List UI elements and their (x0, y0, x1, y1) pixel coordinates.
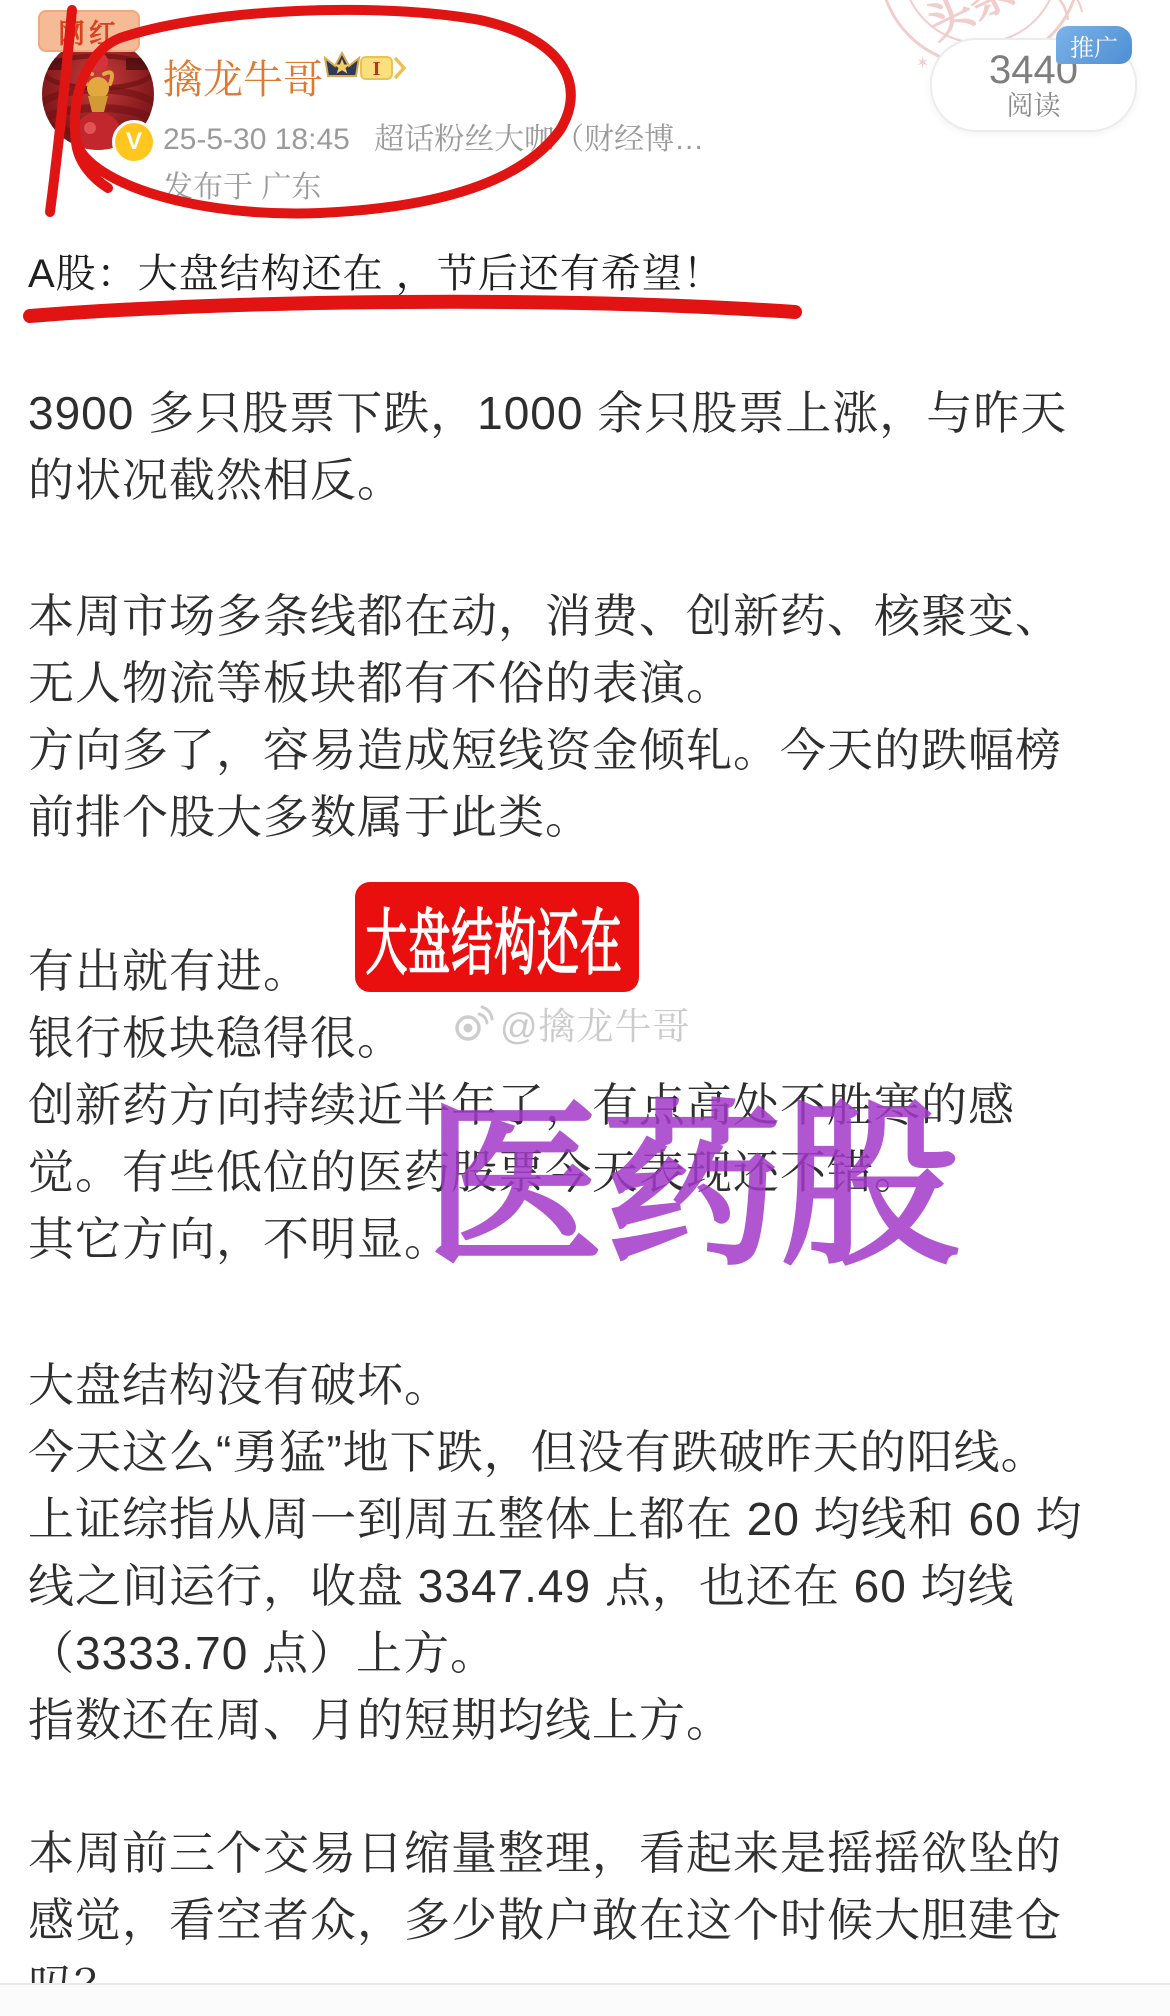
username[interactable]: 擒龙牛哥 (163, 48, 323, 105)
watermark-handle: @擒龙牛哥 (500, 996, 691, 1050)
influencer-badge-label: 网红 (58, 12, 120, 51)
post-meta: 25-5-30 18:45 超话粉丝大咖（财经博… (163, 114, 704, 158)
influencer-badge: 网红 (38, 10, 140, 52)
svg-text:✶: ✶ (916, 55, 929, 72)
location: 发布于 广东 (163, 162, 321, 206)
crown-level: I (373, 58, 381, 80)
verified-icon: V (112, 120, 156, 164)
author-watermark: @擒龙牛哥 (452, 996, 691, 1050)
paragraph-5: 本周前三个交易日缩量整理，看起来是摇摇欲坠的感觉，看空者众，多少散户敢在这个时候… (28, 1820, 1148, 1954)
paragraph-1: 3900 多只股票下跌，1000 余只股票上涨，与昨天的状况截然相反。 (28, 380, 1148, 514)
highlight-banner: 大盘结构还在 (355, 882, 639, 992)
weibo-icon (452, 1004, 494, 1042)
paragraph-4: 大盘结构没有破坏。今天这么“勇猛”地下跌，但没有跌破昨天的阳线。上证综指从周一到… (28, 1352, 1148, 1754)
timestamp: 25-5-30 18:45 (163, 123, 350, 156)
bottom-divider (0, 1983, 1170, 2016)
highlight-banner-text: 大盘结构还在 (355, 885, 623, 989)
post-page: 网红 V 擒龙牛哥 I 25-5-30 18:45 超话粉丝大咖（财经博… 发布… (0, 0, 1170, 2016)
vip-crown-badge[interactable]: I (320, 48, 408, 93)
crown-icon: I (320, 48, 408, 88)
purple-overlay-text: 医药股 (425, 1098, 959, 1276)
paragraph-2: 本周市场多条线都在动，消费、创新药、核聚变、无人物流等板块都有不俗的表演。方向多… (28, 583, 1148, 851)
post-headline: A股：大盘结构还在 ，节后还有希望！ (28, 242, 724, 299)
supertopic-link[interactable]: 超话粉丝大咖（财经博… (374, 123, 704, 156)
views-label: 阅读 (1007, 91, 1061, 121)
promoted-tag: 推广 (1056, 26, 1132, 64)
